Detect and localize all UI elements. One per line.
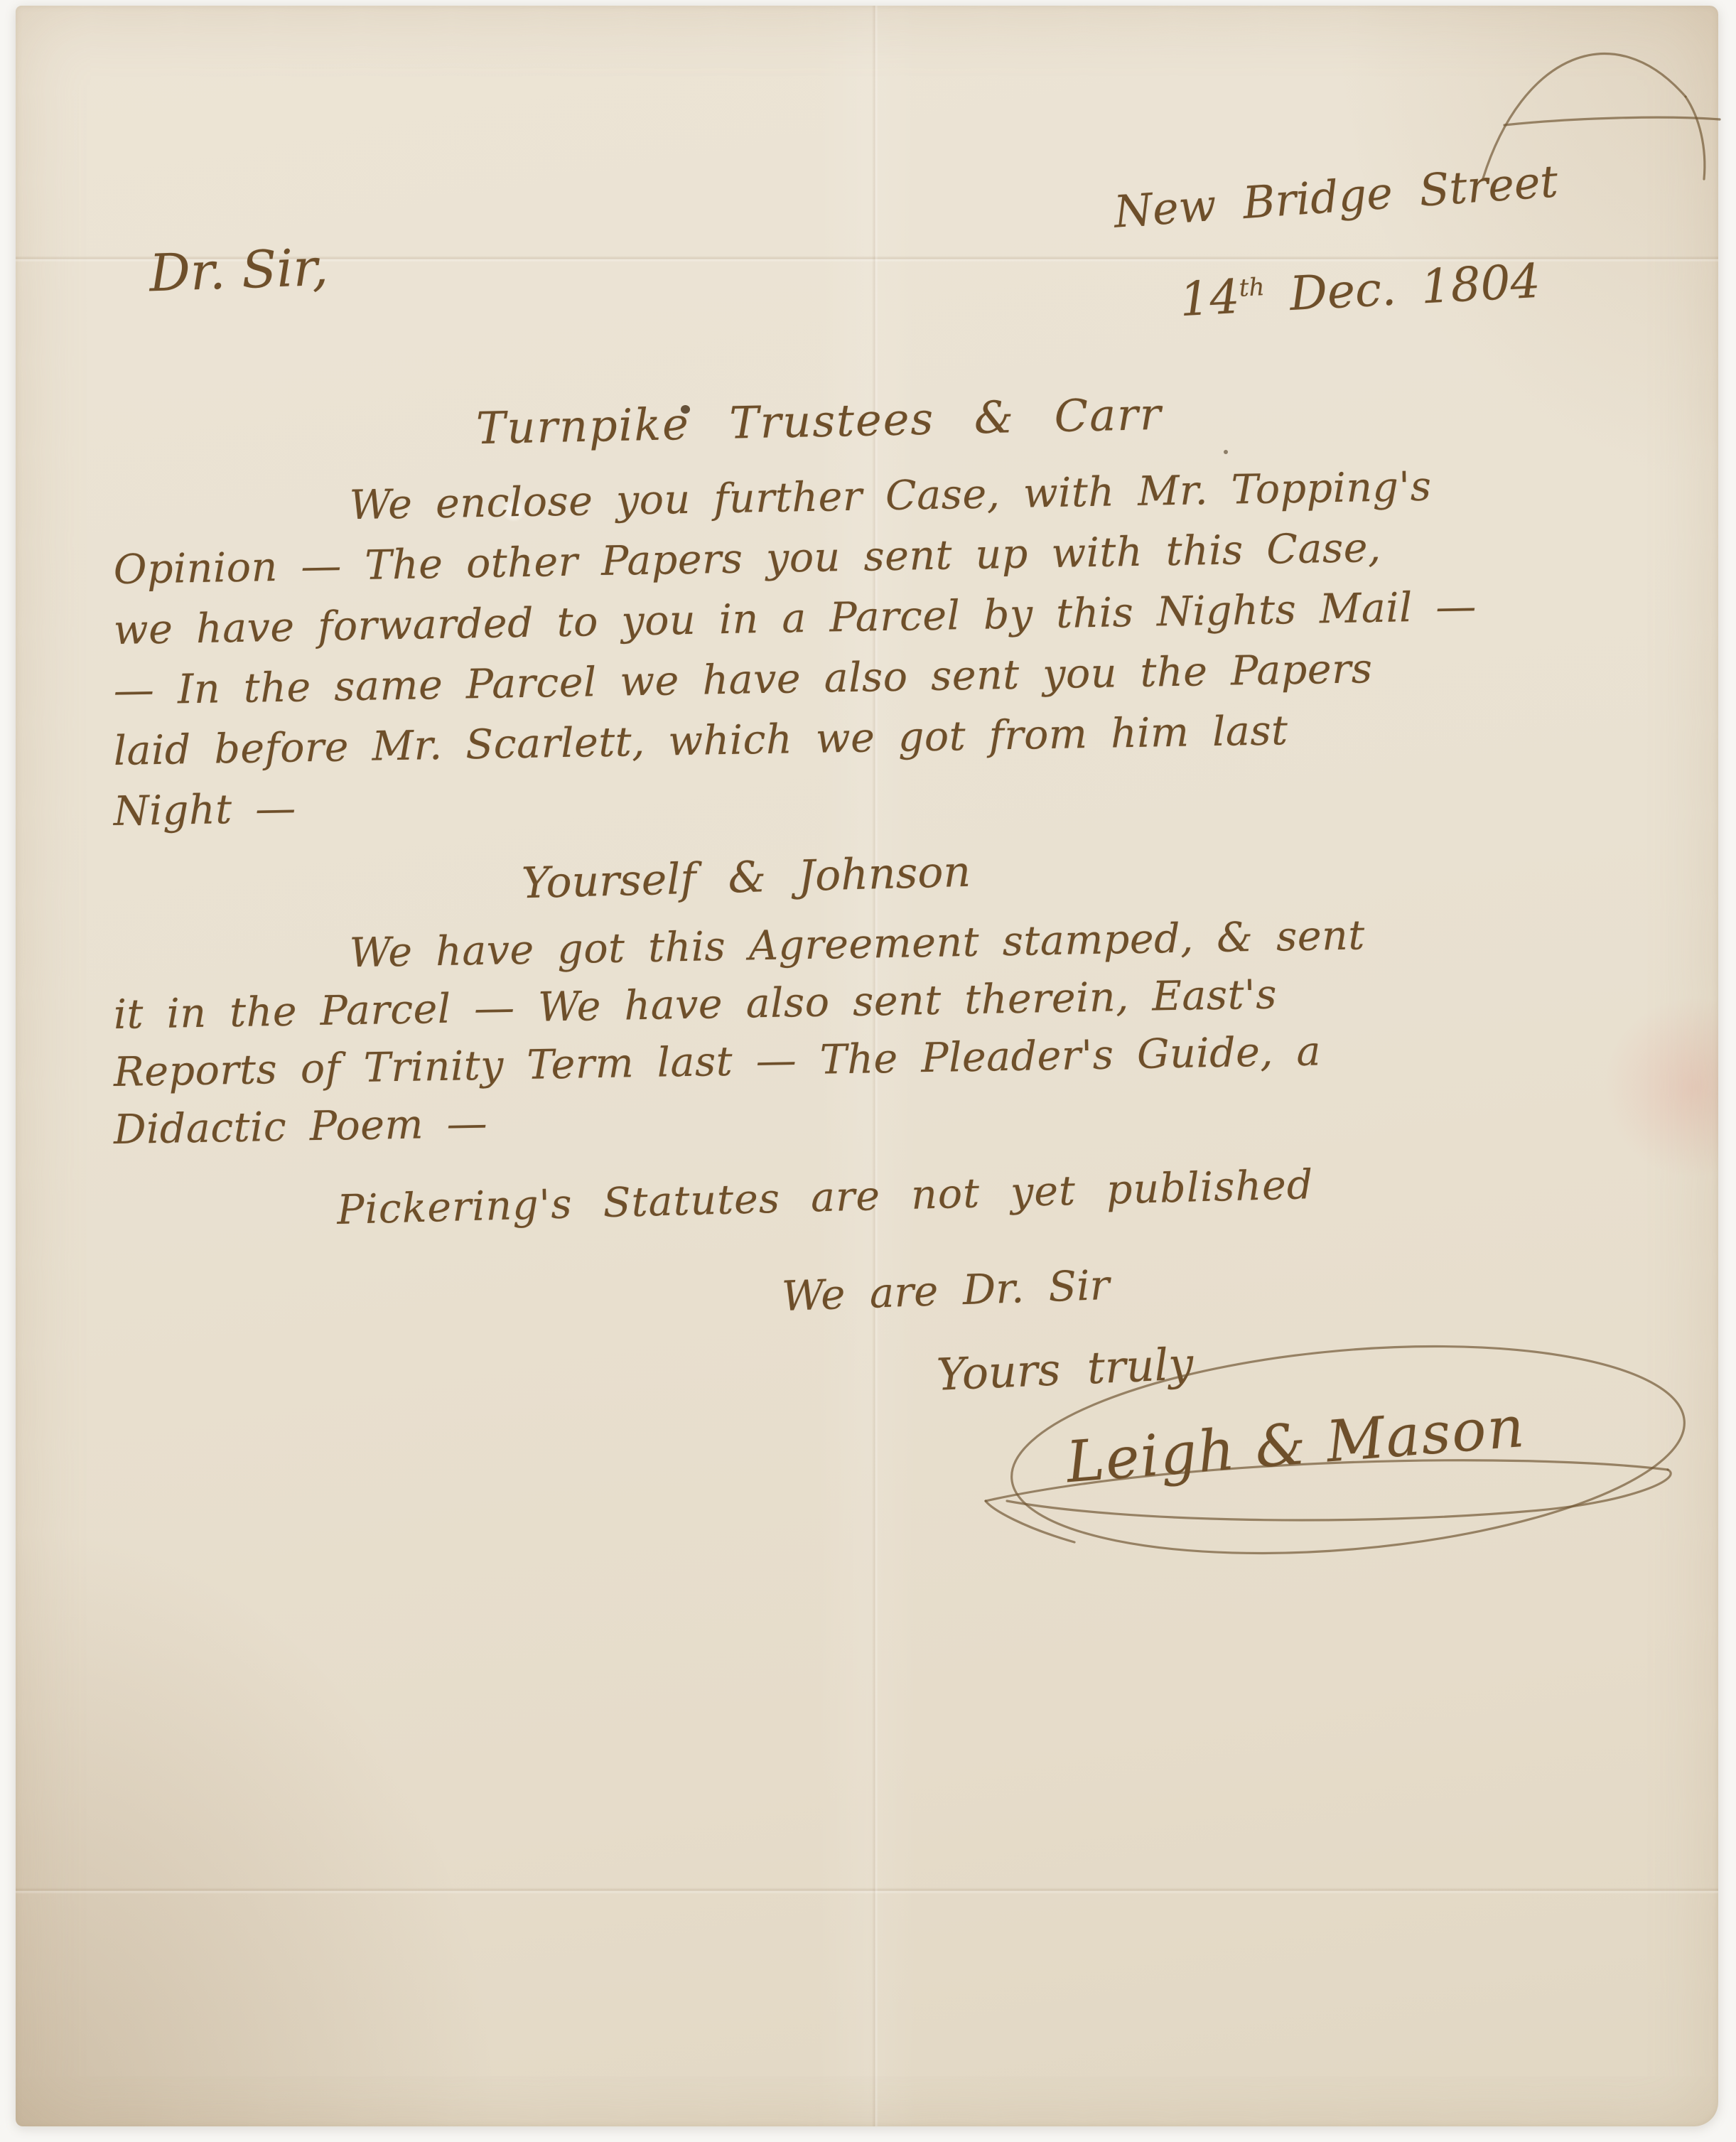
letter-paper: New Bridge Street 14th Dec. 1804 Dr. Sir… — [16, 6, 1718, 2126]
date-rest: Dec. 1804 — [1288, 254, 1541, 321]
closing-line-1: We are Dr. Sir — [781, 1261, 1111, 1320]
letter-photograph: { "meta": { "document_type": "Handwritte… — [0, 0, 1736, 2142]
address-line: New Bridge Street — [1112, 155, 1559, 237]
fold-crease-bottom — [16, 1888, 1718, 1894]
ink-speck — [681, 405, 690, 414]
date-line: 14th Dec. 1804 — [1178, 254, 1541, 327]
body-paragraph-2: We have got this Agreement stamped, & se… — [114, 934, 1670, 1164]
subject-line: Turnpike Trustees & Carr — [475, 388, 1163, 454]
note-line: Pickering's Statutes are not yet publish… — [336, 1161, 1314, 1234]
body-paragraph-1: We enclose you further Case, with Mr. To… — [114, 486, 1670, 849]
ink-speck — [1224, 450, 1228, 454]
date-day-suffix: th — [1239, 273, 1266, 303]
salutation: Dr. Sir, — [149, 237, 330, 303]
subject-line-2: Yourself & Johnson — [521, 847, 971, 909]
date-day: 14 — [1178, 269, 1241, 327]
